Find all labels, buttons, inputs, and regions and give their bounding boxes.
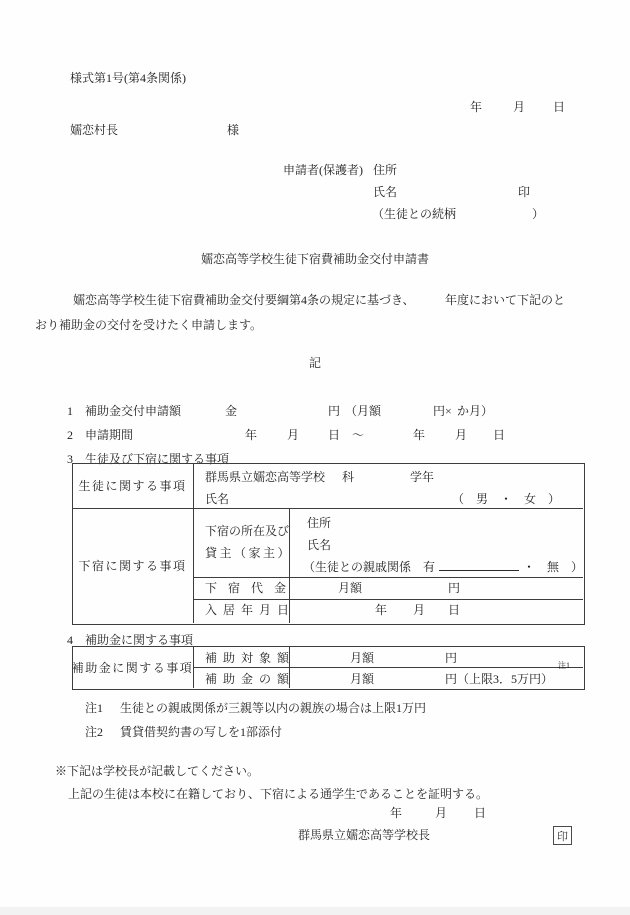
kinship-line: （生徒との親戚関係 有・ 無 ） xyxy=(303,559,583,575)
student-section-label: 生徒に関する事項 xyxy=(73,464,192,507)
amount-monthly-label: 月額 xyxy=(350,672,374,687)
principal-title: 群馬県立嬬恋高等学校長 xyxy=(298,828,430,843)
page-title: 嬬恋高等学校生徒下宿費補助金交付申請書 xyxy=(0,252,630,267)
addressee-honorific: 様 xyxy=(227,123,239,138)
lodging-address-label: 住所 xyxy=(307,516,331,531)
cert-month-label: 月 xyxy=(435,806,447,821)
date-month-label: 月 xyxy=(513,100,525,115)
target-monthly-label: 月額 xyxy=(350,651,374,666)
application-form-page: 様式第1号(第4条関係) 年 月 日 嬬恋村長 様 申請者(保護者) 住所 氏名… xyxy=(0,0,630,915)
item2-month1: 月 xyxy=(287,428,299,443)
principal-instruction: ※下記は学校長が記載してください。 xyxy=(55,764,259,779)
owner-name-label: 氏名 xyxy=(307,538,331,553)
item2-month2: 月 xyxy=(455,428,467,443)
kinship-fill-blank xyxy=(439,559,519,571)
lodging-location-label-line1: 下宿の所在及び xyxy=(205,524,289,539)
note2-text: 賃貸借契約書の写しを1部添付 xyxy=(120,725,282,740)
applicant-seal-mark: 印 xyxy=(518,185,530,200)
body-line1-head: 嬬恋高等学校生徒下宿費補助金交付要綱第4条の規定に基づき、 xyxy=(73,293,415,308)
gender-choice: （ 男 ・ 女 ） xyxy=(452,492,560,507)
applicant-name-label: 氏名 xyxy=(373,185,397,200)
item2-year1: 年 xyxy=(245,428,257,443)
cert-day-label: 日 xyxy=(474,806,486,821)
item1-label: 補助金交付申請額 xyxy=(85,404,181,419)
principal-seal-box: 印 xyxy=(553,826,572,845)
date-day-label: 日 xyxy=(553,100,565,115)
addressee: 嬬恋村長 xyxy=(70,123,118,138)
subsidy-amount-label: 補助金の額 xyxy=(205,672,295,687)
item2-number: 2 xyxy=(67,428,73,443)
item1-yen-times: 円× xyxy=(433,404,452,419)
table4-row-divider xyxy=(193,667,583,668)
item2-day1: 日 xyxy=(328,428,340,443)
relation-close: ） xyxy=(532,207,544,222)
lodging-section-label: 下宿に関する事項 xyxy=(73,509,192,622)
note1-text: 生徒との親戚関係が三親等以内の親族の場合は上限1万円 xyxy=(120,701,426,716)
rent-monthly-label: 月額 xyxy=(338,581,362,596)
note1-superscript: 注1 xyxy=(558,662,570,670)
target-yen-label: 円 xyxy=(445,651,457,666)
relation-open: （生徒との続柄 xyxy=(372,207,456,222)
applicant-label: 申請者(保護者) xyxy=(283,163,363,178)
date-year-label: 年 xyxy=(470,100,482,115)
kinship-tail: ・ 無 ） xyxy=(523,560,583,574)
amount-cap-label: 円（上限3．5万円） xyxy=(445,672,553,687)
rent-yen-label: 円 xyxy=(448,581,460,596)
movein-day: 日 xyxy=(448,603,460,618)
certification-text: 上記の生徒は本校に在籍しており、下宿による通学生であることを証明する。 xyxy=(68,787,488,802)
student-name-label: 氏名 xyxy=(205,492,229,507)
lodging-location-label-line2: 貸主（家主） xyxy=(205,546,292,561)
movein-month: 月 xyxy=(413,603,425,618)
dept-suffix: 科 xyxy=(342,470,354,485)
rent-label: 下宿代金 xyxy=(205,581,297,596)
item1-monthly-open: （月額 xyxy=(345,404,381,419)
school-name: 群馬県立嬬恋高等学校 xyxy=(205,470,325,485)
item2-day2: 日 xyxy=(493,428,505,443)
body-line1-tail: 年度において下記のと xyxy=(445,293,565,308)
subsidy-section-label: 補助金に関する事項 xyxy=(73,647,192,687)
ki-heading: 記 xyxy=(0,356,630,371)
note1-number: 注1 xyxy=(85,701,103,716)
item2-year2: 年 xyxy=(413,428,425,443)
item1-months-close: か月） xyxy=(457,404,493,419)
grade-suffix: 学年 xyxy=(410,470,434,485)
item2-label: 申請期間 xyxy=(85,428,133,443)
item1-kin: 金 xyxy=(225,404,237,419)
item1-yen: 円 xyxy=(328,404,340,419)
movein-year: 年 xyxy=(375,603,387,618)
subsidy-target-label: 補助対象額 xyxy=(205,651,295,666)
table3-row2-divider xyxy=(193,577,583,578)
form-number: 様式第1号(第4条関係) xyxy=(70,71,186,86)
item1-number: 1 xyxy=(67,404,73,419)
cert-year-label: 年 xyxy=(390,806,402,821)
note2-number: 注2 xyxy=(85,725,103,740)
kinship-open: （生徒との親戚関係 有 xyxy=(303,560,435,574)
item2-tilde: ～ xyxy=(352,428,364,443)
applicant-address-label: 住所 xyxy=(373,163,397,178)
page-bottom-edge xyxy=(0,907,630,915)
table3-row3-divider xyxy=(193,599,583,600)
body-line2: おり補助金の交付を受けたく申請します。 xyxy=(35,318,262,333)
movein-label: 入居年月日 xyxy=(205,603,295,618)
